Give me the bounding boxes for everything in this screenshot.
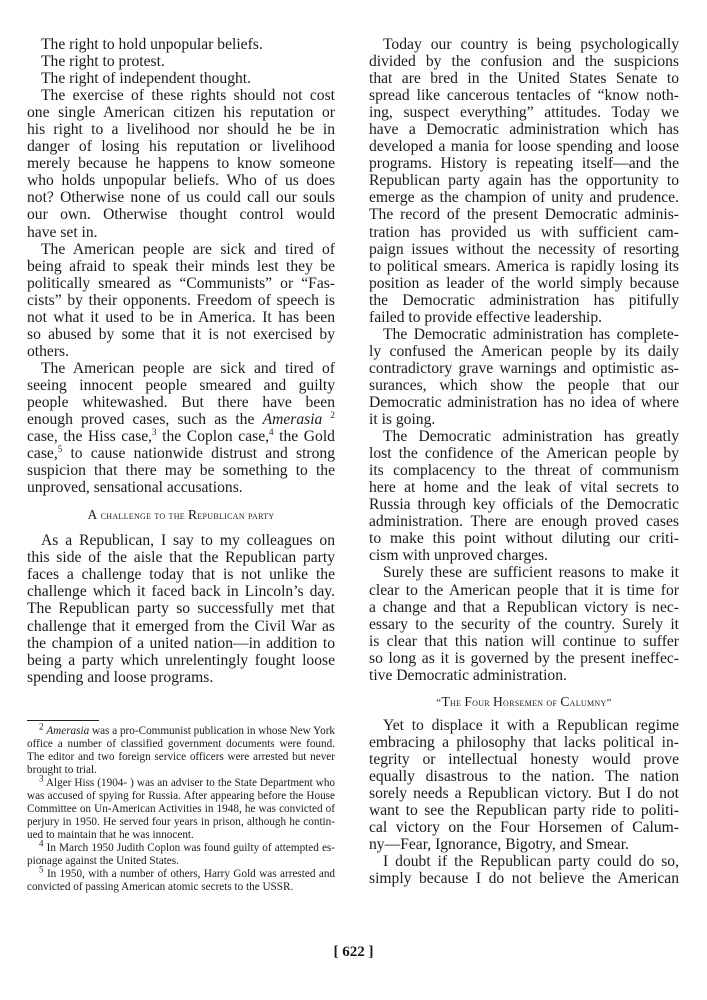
- text-line: developed a mania for loose spending and…: [369, 138, 679, 155]
- text-line: I doubt if the Republican party could do…: [369, 853, 679, 870]
- text-line: cists” by their opponents. Freedom of sp…: [27, 292, 335, 309]
- right-column: Today our country is being psychological…: [369, 36, 679, 887]
- footnote-ref[interactable]: 2: [331, 410, 336, 420]
- text-line: not what it used to be in America. It ha…: [27, 309, 335, 326]
- text-line: The Democratic administration has comple…: [369, 326, 679, 343]
- text-line: one single American citizen his reputati…: [27, 104, 335, 121]
- heading-text: orsemen of: [503, 697, 560, 709]
- footnote-2: 2 Amerasia was a pro-Communist publicati…: [27, 725, 335, 777]
- text-line: being afraid to speak their minds lest t…: [27, 258, 335, 275]
- footnote-number: 2: [39, 721, 44, 731]
- text-line: so abused by some that it is not exercis…: [27, 326, 335, 343]
- footnotes: 2 Amerasia was a pro-Communist publicati…: [27, 725, 335, 894]
- heading-text: C: [560, 694, 569, 709]
- text-line: challenge which it faced back in Lincoln…: [27, 583, 335, 600]
- publication-title: Amerasia: [263, 411, 323, 428]
- text-line: it is going.: [369, 411, 679, 428]
- text-line: being a party which unrelentingly fought…: [27, 652, 335, 669]
- text-line: case,5 to cause nationwide distrust and …: [27, 445, 335, 462]
- text-line: politically smeared as “Communists” or “…: [27, 275, 335, 292]
- text-line: Democratic administration has no idea of…: [369, 394, 679, 411]
- text-line: challenge that it emerged from the Civil…: [27, 618, 335, 635]
- section-heading: “The Four Horsemen of Calumny”: [369, 693, 679, 712]
- text-line: ly confused the American people by its d…: [369, 343, 679, 360]
- heading-text: F: [464, 694, 472, 709]
- text-line: spending and loose programs.: [27, 669, 335, 686]
- text-line: emerge as the champion of unity and prud…: [369, 189, 679, 206]
- text-line: ny—Fear, Ignorance, Bigotry, and Smear.: [369, 836, 679, 853]
- footnote-line: 2 Amerasia was a pro-Communist publicati…: [27, 725, 335, 738]
- text-line: paign issues without the necessity of re…: [369, 241, 679, 258]
- text-line: position as leader of the world simply b…: [369, 275, 679, 292]
- footnote-number: 5: [39, 864, 44, 874]
- footnote-line: perjury in 1950. He served four years in…: [27, 816, 335, 829]
- text-line: faces a challenge today that is not unli…: [27, 566, 335, 583]
- text-line: The American people are sick and tired o…: [27, 241, 335, 258]
- text-line: danger of losing his reputation or livel…: [27, 138, 335, 155]
- text-line: lost the confidence of the American peop…: [369, 445, 679, 462]
- paragraph: The American people are sick and tired o…: [27, 241, 335, 360]
- text-line: others.: [27, 343, 335, 360]
- text-segment: In March 1950 Judith Coplon was found gu…: [47, 842, 335, 854]
- publication-title: Amerasia: [46, 725, 89, 737]
- heading-text: alumny: [570, 697, 607, 709]
- heading-text: R: [188, 507, 197, 522]
- footnote-line: brought to trial.: [27, 764, 335, 777]
- heading-text: epublican party: [197, 510, 274, 522]
- text-line: The American people are sick and tired o…: [27, 360, 335, 377]
- text-line: a change and that a Republican victory i…: [369, 599, 679, 616]
- text-line: essary to the security of the country. S…: [369, 616, 679, 633]
- footnote-line: office a number of classified government…: [27, 738, 335, 751]
- paragraph: Today our country is being psychological…: [369, 36, 679, 326]
- text-line: tegrity or intellectual honesty would pr…: [369, 751, 679, 768]
- text-line: contradictory grave warnings and optimis…: [369, 360, 679, 377]
- document-page: The right to hold unpopular beliefs. The…: [0, 0, 707, 1000]
- text-segment: enough proved cases, such as the: [27, 411, 263, 428]
- heading-text: A: [88, 507, 98, 522]
- text-line: The Democratic administration has greatl…: [369, 428, 679, 445]
- paragraph: The exercise of these rights should not …: [27, 87, 335, 240]
- text-line: The Republican party so successfully met…: [27, 600, 335, 617]
- text-line: this side of the aisle that the Republic…: [27, 549, 335, 566]
- text-segment: the Coplon case,: [157, 428, 270, 445]
- text-line: our own. Otherwise thought control would: [27, 206, 335, 223]
- text-segment: the Gold: [274, 428, 335, 445]
- footnote-number: 3: [39, 773, 44, 783]
- text-line: so long as it is governed by the present…: [369, 650, 679, 667]
- footnote-line: pionage against the United States.: [27, 855, 335, 868]
- text-line: not? Otherwise none of us could call our…: [27, 189, 335, 206]
- text-line: The exercise of these rights should not …: [27, 87, 335, 104]
- text-line: have set in.: [27, 224, 335, 241]
- text-line: ing, suspect everything” attitudes. Toda…: [369, 104, 679, 121]
- text-segment: case, the Hiss case,: [27, 428, 152, 445]
- text-line: Surely these are sufficient reasons to m…: [369, 564, 679, 581]
- footnote-line: 5 In 1950, with a number of others, Harr…: [27, 868, 335, 881]
- text-line: programs. History is repeating itself—an…: [369, 155, 679, 172]
- footnote-line: The editor and two foreign service offic…: [27, 751, 335, 764]
- list-item: The right to hold unpopular beliefs.: [27, 36, 335, 53]
- text-line: surances, which show the people that our: [369, 377, 679, 394]
- text-line: embracing a philosophy that lacks politi…: [369, 734, 679, 751]
- text-line: the Democratic administration has pitifu…: [369, 292, 679, 309]
- footnote-line: 3 Alger Hiss (1904- ) was an adviser to …: [27, 777, 335, 790]
- text-line: that are bred in the United States Senat…: [369, 70, 679, 87]
- text-line: here at home and the leak of vital secre…: [369, 479, 679, 496]
- text-line: clear to the American people that it is …: [369, 582, 679, 599]
- text-line: Today our country is being psychological…: [369, 36, 679, 53]
- paragraph: The American people are sick and tired o…: [27, 360, 335, 496]
- text-line: Yet to displace it with a Republican reg…: [369, 717, 679, 734]
- footnote-5: 5 In 1950, with a number of others, Harr…: [27, 868, 335, 894]
- text-line: case, the Hiss case,3 the Coplon case,4 …: [27, 428, 335, 445]
- text-line: sorely needs a Republican victory. But I…: [369, 785, 679, 802]
- text-line: tration has provided us with sufficient …: [369, 224, 679, 241]
- text-line: equally disastrous to the nation. The na…: [369, 768, 679, 785]
- paragraph: The Democratic administration has comple…: [369, 326, 679, 428]
- text-line: merely because he happens to know someon…: [27, 155, 335, 172]
- footnote-line: ued to maintain that he was innocent.: [27, 829, 335, 842]
- text-line: the champion of a united nation—in addit…: [27, 635, 335, 652]
- text-line: simply because I do not believe the Amer…: [369, 870, 679, 887]
- text-line: people whitewashed. But there have been: [27, 394, 335, 411]
- text-line: The record of the present Democratic adm…: [369, 206, 679, 223]
- paragraph: I doubt if the Republican party could do…: [369, 853, 679, 887]
- text-line: administration. There are enough proved …: [369, 513, 679, 530]
- page-number: [ 622 ]: [0, 944, 707, 961]
- text-segment: case,: [27, 445, 58, 462]
- text-line: cal victory on the Four Horsemen of Calu…: [369, 819, 679, 836]
- footnote-3: 3 Alger Hiss (1904- ) was an adviser to …: [27, 777, 335, 842]
- text-line: his right to a livelihood nor should he …: [27, 121, 335, 138]
- text-line: spread like cancerous tentacles of “know…: [369, 87, 679, 104]
- text-line: who holds unpopular beliefs. Who of us d…: [27, 172, 335, 189]
- text-line: Republican party again has the opportuni…: [369, 172, 679, 189]
- text-line: Russia through key officials of the Demo…: [369, 496, 679, 513]
- paragraph: The Democratic administration has greatl…: [369, 428, 679, 564]
- heading-text: challenge to the: [98, 510, 188, 522]
- paragraph: Yet to displace it with a Republican reg…: [369, 717, 679, 853]
- footnote-line: was accused of spying for Russia. After …: [27, 790, 335, 803]
- text-line: to make this point without diluting our …: [369, 530, 679, 547]
- text-line: divided by the confusion and the suspici…: [369, 53, 679, 70]
- paragraph: Surely these are sufficient reasons to m…: [369, 564, 679, 683]
- text-line: suspicion that there may be something to…: [27, 462, 335, 479]
- text-line: its complacency to the threat of communi…: [369, 462, 679, 479]
- footnote-divider: [27, 720, 99, 721]
- rights-list: The right to hold unpopular beliefs. The…: [27, 36, 335, 87]
- text-line: have a Democratic administration which h…: [369, 121, 679, 138]
- text-line: seeing innocent people smeared and guilt…: [27, 377, 335, 394]
- text-line: unproved, sensational accusations.: [27, 479, 335, 496]
- text-segment: Alger Hiss (1904- ) was an adviser to th…: [46, 777, 335, 789]
- text-line: failed to provide effective leadership.: [369, 309, 679, 326]
- heading-text: our: [472, 697, 493, 709]
- heading-text: H: [493, 694, 503, 709]
- heading-text: he: [450, 697, 464, 709]
- list-item: The right of independent thought.: [27, 70, 335, 87]
- footnote-line: Committee on Un-American Activities in 1…: [27, 803, 335, 816]
- text-line: want to see the Republican party ride to…: [369, 802, 679, 819]
- text-line: As a Republican, I say to my colleagues …: [27, 532, 335, 549]
- text-line: enough proved cases, such as the Amerasi…: [27, 411, 335, 428]
- heading-text: T: [441, 694, 450, 709]
- text-line: tive Democratic administration.: [369, 667, 679, 684]
- text-segment: to cause nationwide distrust and strong: [62, 445, 335, 462]
- text-segment: In 1950, with a number of others, Harry …: [47, 868, 335, 880]
- footnote-number: 4: [39, 838, 44, 848]
- heading-text: ”: [607, 697, 612, 709]
- text-segment: was a pro-Communist publication in whose…: [89, 725, 335, 737]
- section-heading: A challenge to the Republican party: [27, 506, 335, 525]
- text-line: to political smears. America is rapidly …: [369, 258, 679, 275]
- paragraph: As a Republican, I say to my colleagues …: [27, 532, 335, 685]
- footnote-4: 4 In March 1950 Judith Coplon was found …: [27, 842, 335, 868]
- text-line: is clear that this nation will continue …: [369, 633, 679, 650]
- footnote-line: convicted of passing American atomic sec…: [27, 881, 335, 894]
- list-item: The right to protest.: [27, 53, 335, 70]
- left-column: The right to hold unpopular beliefs. The…: [27, 36, 335, 686]
- footnote-line: 4 In March 1950 Judith Coplon was found …: [27, 842, 335, 855]
- text-line: cism with unproved charges.: [369, 547, 679, 564]
